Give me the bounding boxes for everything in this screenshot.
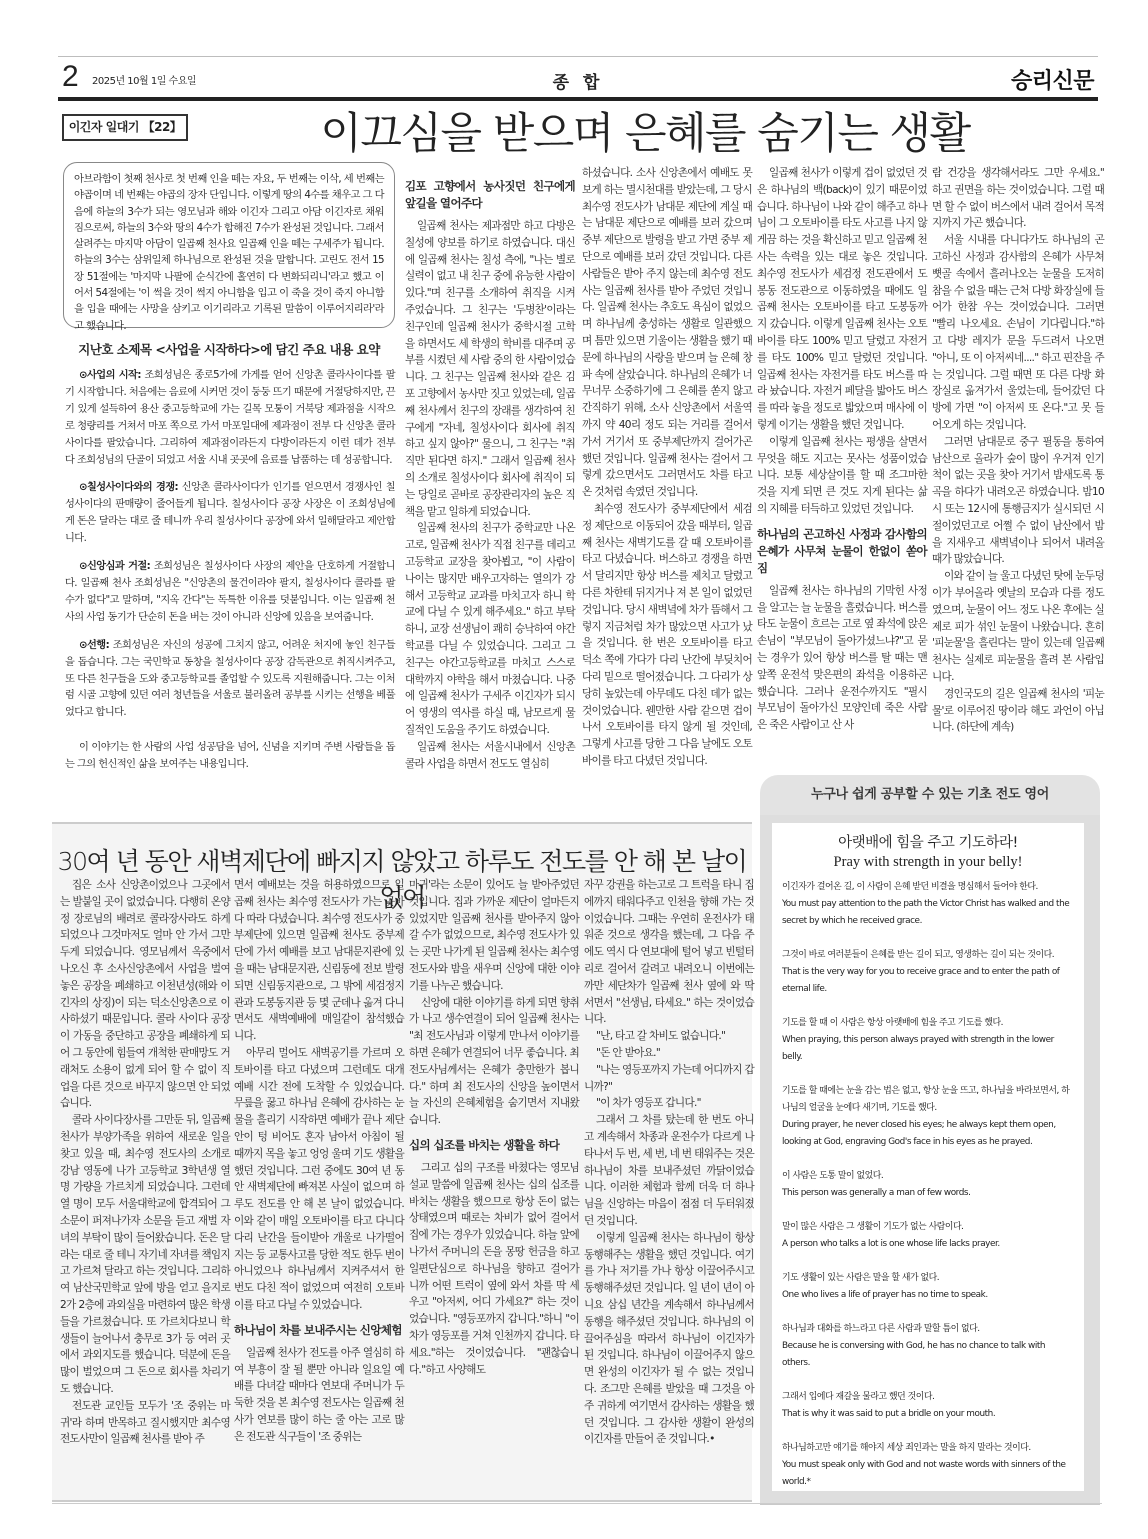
lesson-title-english: Pray with strength in your belly! <box>782 854 1074 871</box>
lower-column-3: 마귀'라는 소문이 있어도 늘 받아주었던 것입니다. 집과 가까운 제단이 얼… <box>409 877 579 1378</box>
english-sentence: A person who talks a lot is one whose li… <box>782 1236 1074 1253</box>
paragraph: 아무리 멀어도 새벽공기를 가르며 오토바이를 타고 다녔으며 그런데도 대개 … <box>234 1045 404 1314</box>
paragraph: 일곱째 천사의 친구가 중학교만 나온고로, 일곱째 천사가 직접 친구를 데리… <box>405 520 575 738</box>
lesson-sentence-pair: 하나님과 대화를 하느라고 다른 사람과 말할 틈이 없다. Because h… <box>782 1321 1074 1372</box>
summary-item: ⊙칠성사이다와의 경쟁: 신앙촌 콜라사이다가 인기를 얻으면서 경쟁사인 칠성… <box>65 480 395 548</box>
bottom-rule <box>52 1503 1102 1504</box>
summary-item-label: ⊙칠성사이다와의 경쟁: <box>79 482 178 493</box>
english-sentence: That is the very way for you to receive … <box>782 964 1074 998</box>
english-sentence: When praying, this person always prayed … <box>782 1032 1074 1066</box>
top-rule <box>58 56 1098 57</box>
dialogue-line: "나는 영등포까지 가는데 어디까지 갑니까?" <box>584 1062 754 1096</box>
paragraph: 하셨습니다. 소사 신앙촌에서 예배도 못 보게 하는 멸시천대를 받았는데, … <box>582 165 752 501</box>
summary-item-label: ⊙선행: <box>79 640 109 651</box>
english-sentence: This person was generally a man of few w… <box>782 1185 1074 1202</box>
page-headline: 이끄심을 받으며 은혜를 숨기는 생활 <box>150 100 1140 161</box>
paragraph: 자꾸 강권을 하는고로 그 트럭을 타니 집에까지 태워다주고 인천을 향해 가… <box>584 877 754 1028</box>
paragraph: 이렇게 일곱째 천사는 하나님이 항상 동행해주는 생활을 했던 것입니다. 여… <box>584 1230 754 1448</box>
paragraph: 람 건강을 생각해서라도 그만 우세요." 하고 권면을 하는 것이었습니다. … <box>932 165 1104 232</box>
masthead: 2 2025년 10월 1일 수요일 종 합 승리신문 <box>58 58 1098 98</box>
subheading: 십의 십조를 바치는 생활을 하다 <box>409 1137 579 1154</box>
paragraph: 일곱째 천사는 제과점만 하고 다방은 칠성에 양보를 하기로 하였습니다. 대… <box>405 218 575 520</box>
english-sentence: You must pay attention to the path the V… <box>782 896 1074 930</box>
lower-column-1: 집은 소사 신앙촌이었으나 그곳에서는 발붙일 곳이 없었습니다. 다행히 온양… <box>60 877 230 1448</box>
summary-section: ⊙사업의 시작: 조희성님은 종로5가에 가게를 얻어 신앙촌 콜라사이다를 팔… <box>65 368 395 785</box>
korean-sentence: 하나님과 대화를 하느라고 다른 사람과 말할 틈이 없다. <box>782 1321 1074 1338</box>
korean-sentence: 그래서 입에다 재갈을 물라고 했던 것이다. <box>782 1389 1074 1406</box>
paragraph: 마귀'라는 소문이 있어도 늘 받아주었던 것입니다. 집과 가까운 제단이 얼… <box>409 877 579 995</box>
english-lesson-banner: 누구나 쉽게 공부할 수 있는 기초 전도 영어 <box>760 775 1100 815</box>
dialogue-line: "돈 안 받아요." <box>584 1045 754 1062</box>
article-column-1: 김포 고향에서 농사짓던 친구에게 앞길을 열어주다 일곱째 천사는 제과점만 … <box>405 178 575 772</box>
summary-item: ⊙선행: 조희성님은 자신의 성공에 그치지 않고, 어려운 처지에 놓인 친구… <box>65 638 395 723</box>
summary-item-label: ⊙사업의 시작: <box>79 370 141 381</box>
english-lesson-content: 아랫배에 힘을 주고 기도하라! Pray with strength in y… <box>772 823 1084 1491</box>
dialogue-line: "난, 타고 갈 차비도 없습니다." <box>584 1028 754 1045</box>
summary-item-text: 조희성님은 종로5가에 가게를 얻어 신앙촌 콜라사이다를 팔기 시작합니다. … <box>65 370 395 466</box>
summary-item-text: 조희성님은 자신의 성공에 그치지 않고, 어려운 처지에 놓인 친구들을 돕습… <box>65 640 395 719</box>
lesson-sentence-pair: 말이 많은 사람은 그 생활이 기도가 없는 사람이다. A person wh… <box>782 1219 1074 1253</box>
paragraph: 그래서 그 차를 탔는데 한 번도 아니고 계속해서 차종과 운전수가 다르게 … <box>584 1112 754 1230</box>
subheading: 김포 고향에서 농사짓던 친구에게 앞길을 열어주다 <box>405 178 575 212</box>
paragraph: 일곱째 천사는 하나님의 기막힌 사정을 알고는 늘 눈물을 흘렸습니다. 버스… <box>757 583 927 734</box>
lesson-title-korean: 아랫배에 힘을 주고 기도하라! <box>782 831 1074 852</box>
korean-sentence: 기도를 할 때 이 사람은 항상 아랫배에 힘을 주고 기도를 했다. <box>782 1015 1074 1032</box>
paragraph: 경인국도의 길은 일곱째 천사의 '피눈물'로 이루어진 땅이라 해도 과언이 … <box>932 686 1104 736</box>
summary-item: ⊙사업의 시작: 조희성님은 종로5가에 가게를 얻어 신앙촌 콜라사이다를 팔… <box>65 368 395 469</box>
lesson-sentence-pair: 기도 생활이 있는 사람은 말을 할 새가 없다. One who lives … <box>782 1270 1074 1304</box>
english-sentence: Because he is conversing with God, he ha… <box>782 1338 1074 1372</box>
summary-item-label: ⊙신앙심과 거절: <box>79 561 150 572</box>
subheading: 하나님의 곤고하신 사정과 감사함의 은혜가 사무쳐 눈물이 한없이 쏟아짐 <box>757 526 927 577</box>
dialogue-line: "이 차가 영등포 갑니다." <box>584 1095 754 1112</box>
subheading: 하나님이 차를 보내주시는 신앙체험 <box>234 1322 404 1339</box>
english-lesson-box: 아랫배에 힘을 주고 기도하라! Pray with strength in y… <box>760 815 1100 1505</box>
korean-sentence: 말이 많은 사람은 그 생활이 기도가 없는 사람이다. <box>782 1219 1074 1236</box>
paragraph: 최수영 전도사가 중부제단에서 세검정 제단으로 이동되어 갔을 때부터, 일곱… <box>582 501 752 770</box>
english-sentence: During prayer, he never closed his eyes;… <box>782 1117 1074 1151</box>
paragraph: 전도관 교인들 모두가 '조 중위는 마귀'라 하며 반목하고 질시했지만 최수… <box>60 1398 230 1448</box>
summary-title: 지난호 소제목 <사업을 시작하다>에 담긴 주요 내용 요약 <box>62 340 396 358</box>
intro-box: 아브라함이 첫째 천사로 첫 번째 인을 떼는 자요, 두 번째는 이삭, 세 … <box>63 162 395 328</box>
article-column-4: 람 건강을 생각해서라도 그만 우세요." 하고 권면을 하는 것이었습니다. … <box>932 165 1104 736</box>
lesson-sentence-pair: 이긴자가 걸어온 길, 이 사람이 은혜 받던 비결을 명심해서 들어야 한다.… <box>782 879 1074 930</box>
korean-sentence: 그것이 바로 여러분들이 은혜를 받는 길이 되고, 영생하는 길이 되는 것이… <box>782 947 1074 964</box>
summary-item: ⊙신앙심과 거절: 조희성님은 칠성사이다 사장의 제안을 단호하게 거절합니다… <box>65 559 395 627</box>
lesson-sentence-pair: 이 사람은 도통 말이 없었다. This person was general… <box>782 1168 1074 1202</box>
newspaper-logo: 승리신문 <box>1011 64 1094 95</box>
article-column-2: 하셨습니다. 소사 신앙촌에서 예배도 못 보게 하는 멸시천대를 받았는데, … <box>582 165 752 770</box>
korean-sentence: 이 사람은 도통 말이 없었다. <box>782 1168 1074 1185</box>
paragraph: 집은 소사 신앙촌이었으나 그곳에서는 발붙일 곳이 없었습니다. 다행히 온양… <box>60 877 230 1112</box>
lesson-sentence-pair: 그것이 바로 여러분들이 은혜를 받는 길이 되고, 영생하는 길이 되는 것이… <box>782 947 1074 998</box>
section-title: 종 합 <box>58 68 1098 93</box>
lower-column-4: 자꾸 강권을 하는고로 그 트럭을 타니 집에까지 태워다주고 인천을 향해 가… <box>584 877 754 1448</box>
korean-sentence: 이긴자가 걸어온 길, 이 사람이 은혜 받던 비결을 명심해서 들어야 한다. <box>782 879 1074 896</box>
paragraph: 일곱째 천사가 이렇게 겁이 없었던 것은 하나님의 백(back)이 있기 때… <box>757 165 927 434</box>
paragraph: 이렇게 일곱째 천사는 평생을 살면서 무엇을 해도 지고는 못사는 성품이었습… <box>757 434 927 518</box>
korean-sentence: 기도 생활이 있는 사람은 말을 할 새가 없다. <box>782 1270 1074 1287</box>
paragraph: 면서 예배보는 것을 허용하였으므로 일곱째 천사는 최수영 전도사가 가는 곳… <box>234 877 404 1045</box>
lower-column-2: 면서 예배보는 것을 허용하였으므로 일곱째 천사는 최수영 전도사가 가는 곳… <box>234 877 404 1446</box>
paragraph: 콜라 사이다장사를 그만둔 뒤, 일곱째 천사가 부양가족을 위하여 새로운 일… <box>60 1112 230 1398</box>
paragraph: 그러면 남대문로 중구 필동을 통하여 남산으로 올라가 숲이 많이 우거져 인… <box>932 434 1104 568</box>
paragraph: 그리고 십의 구조를 바쳤다는 영모님 설교 말씀에 일곱째 천사는 십의 십조… <box>409 1160 579 1378</box>
lesson-sentence-pair: 기도를 할 때 이 사람은 항상 아랫배에 힘을 주고 기도를 했다. When… <box>782 1015 1074 1066</box>
paragraph: 일곱째 천사는 서울시내에서 신앙촌 콜라 사업을 하면서 전도도 열심히 <box>405 739 575 773</box>
english-sentence: One who lives a life of prayer has no ti… <box>782 1287 1074 1304</box>
lesson-sentence-pair: 하나님하고만 얘기를 해야지 세상 죄인과는 말을 하지 말라는 것이다. Yo… <box>782 1440 1074 1491</box>
paragraph: 일곱째 천사가 전도를 아주 열심히 하여 부흥이 잘 될 뿐만 아니라 일요일… <box>234 1345 404 1446</box>
korean-sentence: 하나님하고만 얘기를 해야지 세상 죄인과는 말을 하지 말라는 것이다. <box>782 1440 1074 1457</box>
paragraph: 서울 시내를 다니다가도 하나님의 곤고하신 사정과 감사함의 은혜가 사무쳐 … <box>932 232 1104 434</box>
english-sentence: You must speak only with God and not was… <box>782 1457 1074 1491</box>
paragraph: 신앙에 대한 이야기를 하게 되면 향취가 나고 생수연결이 되어 일곱째 천사… <box>409 995 579 1129</box>
lesson-sentence-pair: 그래서 입에다 재갈을 물라고 했던 것이다. That is why it w… <box>782 1389 1074 1423</box>
lesson-sentence-pair: 기도를 할 때에는 눈을 감는 법은 없고, 항상 눈을 뜨고, 하나님을 바라… <box>782 1083 1074 1151</box>
summary-closing: 이 이야기는 한 사람의 사업 성공담을 넘어, 신념을 지키며 주변 사람들을… <box>65 740 395 774</box>
english-sentence: That is why it was said to put a bridle … <box>782 1406 1074 1423</box>
paragraph: 이와 같이 늘 울고 다녔던 탓에 눈두덩이가 부어올라 옛날의 모습과 다를 … <box>932 568 1104 686</box>
korean-sentence: 기도를 할 때에는 눈을 감는 법은 없고, 항상 눈을 뜨고, 하나님을 바라… <box>782 1083 1074 1117</box>
article-column-3: 일곱째 천사가 이렇게 겁이 없었던 것은 하나님의 백(back)이 있기 때… <box>757 165 927 734</box>
